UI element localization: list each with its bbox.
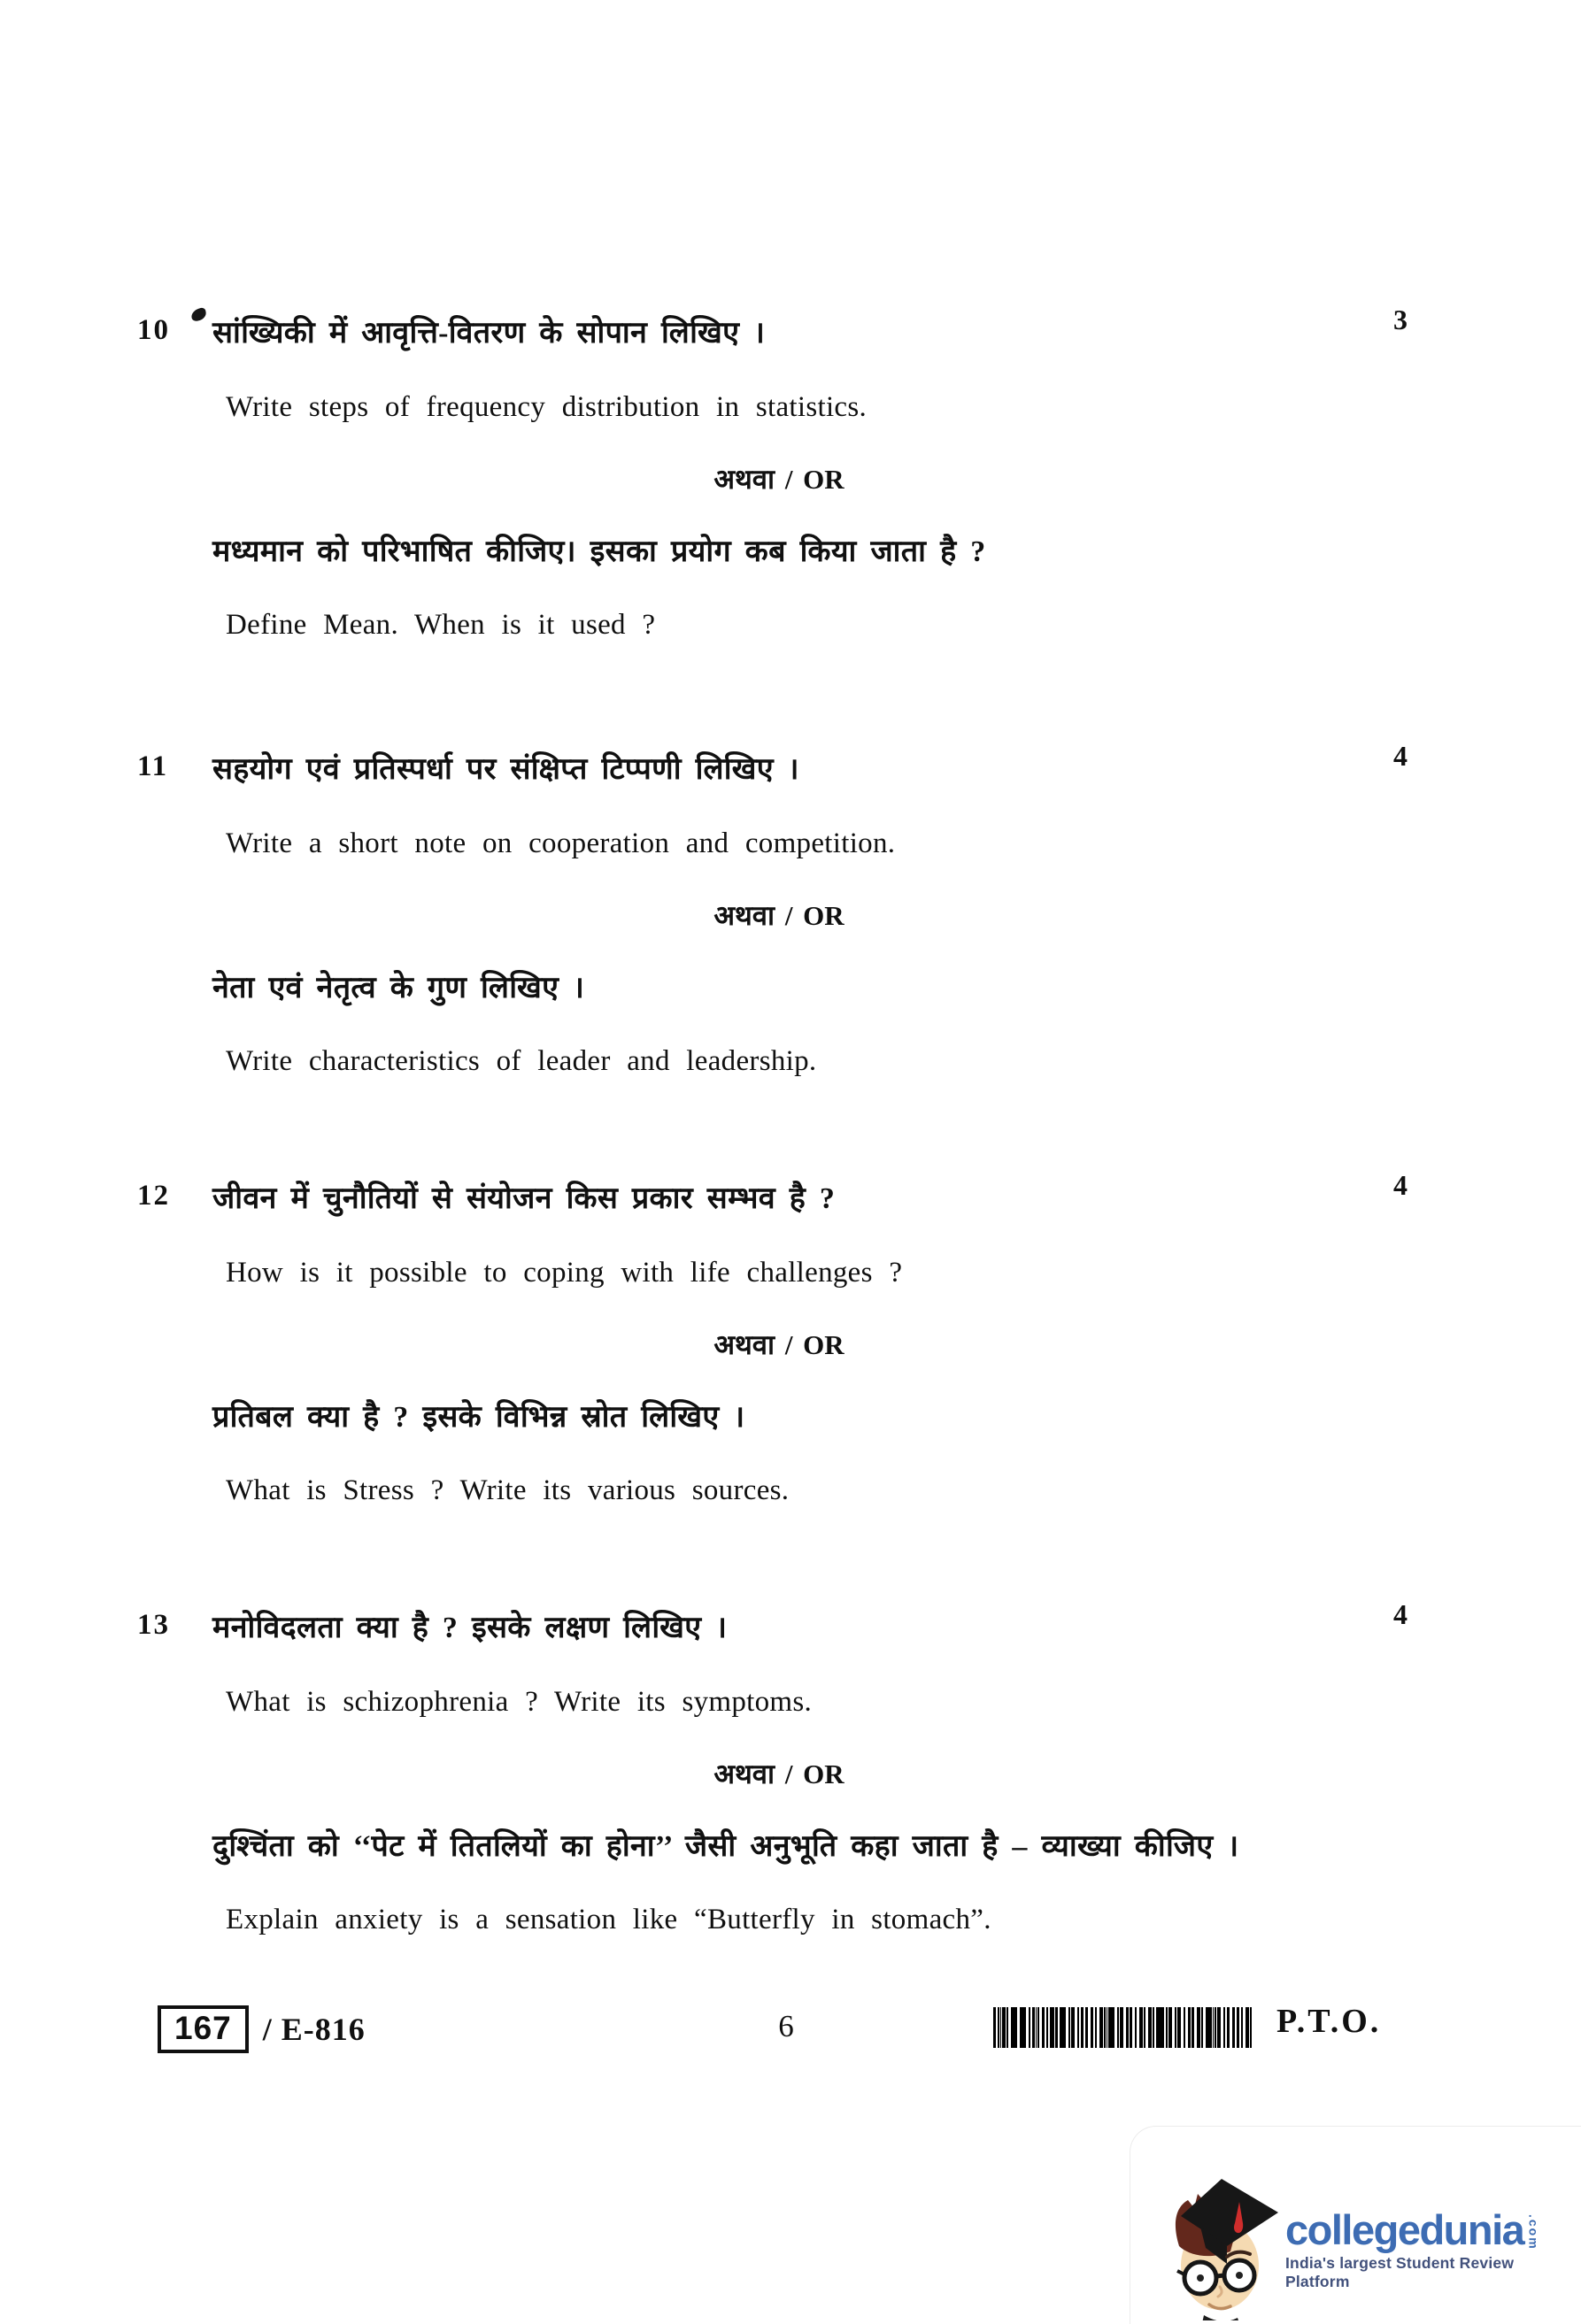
mascot-icon (1168, 2179, 1280, 2320)
or-separator: अथवा / OR (0, 460, 1558, 497)
question-10: 10 सांख्यिकी में आवृत्ति-वितरण के सोपान … (0, 314, 1581, 686)
pto-label: P.T.O. (1276, 2002, 1381, 2041)
question-13: 13 मनोविदलता क्या है ? इसके लक्षण लिखिए … (0, 1609, 1581, 1981)
question-number: 10 (137, 314, 170, 347)
marks-value: 4 (1310, 1169, 1407, 1202)
footer-paper-id: 167 / E-816 (158, 2005, 366, 2053)
paper-number-box: 167 (158, 2005, 249, 2053)
exam-paper-page: 10 सांख्यिकी में आवृत्ति-वितरण के सोपान … (0, 0, 1581, 2324)
question-text-english: Write steps of frequency distribution in… (226, 391, 867, 424)
alt-question-text-english: Explain anxiety is a sensation like “But… (226, 1904, 991, 1936)
question-text-english: How is it possible to coping with life c… (226, 1257, 902, 1289)
question-number: 11 (137, 750, 168, 783)
brand-tagline: India's largest Student Review Platform (1285, 2254, 1581, 2291)
or-separator: अथवा / OR (0, 1326, 1558, 1363)
alt-question-text-english: Write characteristics of leader and lead… (226, 1045, 816, 1078)
marks-value: 4 (1310, 740, 1407, 773)
question-number: 12 (137, 1180, 170, 1212)
alt-question-text-english: What is Stress ? Write its various sourc… (226, 1474, 789, 1507)
page-number: 6 (760, 2009, 813, 2044)
alt-question-text-english: Define Mean. When is it used ? (226, 609, 655, 642)
question-11: 11 सहयोग एवं प्रतिस्पर्धा पर संक्षिप्त ट… (0, 750, 1581, 1122)
question-number: 13 (137, 1609, 170, 1642)
barcode (993, 2007, 1254, 2048)
paper-code: / E-816 (263, 2011, 366, 2048)
question-text-hindi: जीवन में चुनौतियों से संयोजन किस प्रकार … (212, 1176, 1404, 1217)
alt-question-text-hindi: नेता एवं नेतृत्व के गुण लिखिए । (212, 966, 584, 1006)
question-text-hindi: मनोविदलता क्या है ? इसके लक्षण लिखिए । (212, 1605, 1404, 1646)
brand-name: collegedunia (1285, 2209, 1523, 2251)
collegedunia-logo: collegedunia .com India's largest Studen… (1168, 2179, 1581, 2320)
marks-value: 4 (1310, 1598, 1407, 1631)
ink-blot-mark (190, 306, 206, 322)
question-text-english: What is schizophrenia ? Write its sympto… (226, 1686, 812, 1719)
question-text-hindi: सहयोग एवं प्रतिस्पर्धा पर संक्षिप्त टिप्… (212, 747, 1404, 788)
or-separator: अथवा / OR (0, 1755, 1558, 1792)
alt-question-text-hindi: दुश्चिंता को ‘‘पेट में तितलियों का होना’… (212, 1824, 1238, 1865)
question-text-hindi: सांख्यिकी में आवृत्ति-वितरण के सोपान लिख… (212, 311, 1404, 351)
question-text-english: Write a short note on cooperation and co… (226, 827, 895, 860)
brand-domain: .com (1526, 2214, 1540, 2251)
alt-question-text-hindi: मध्यमान को परिभाषित कीजिए। इसका प्रयोग क… (212, 529, 986, 570)
or-separator: अथवा / OR (0, 897, 1558, 934)
marks-value: 3 (1310, 304, 1407, 336)
question-12: 12 जीवन में चुनौतियों से संयोजन किस प्रक… (0, 1180, 1581, 1551)
alt-question-text-hindi: प्रतिबल क्या है ? इसके विभिन्न स्रोत लिख… (212, 1395, 744, 1435)
